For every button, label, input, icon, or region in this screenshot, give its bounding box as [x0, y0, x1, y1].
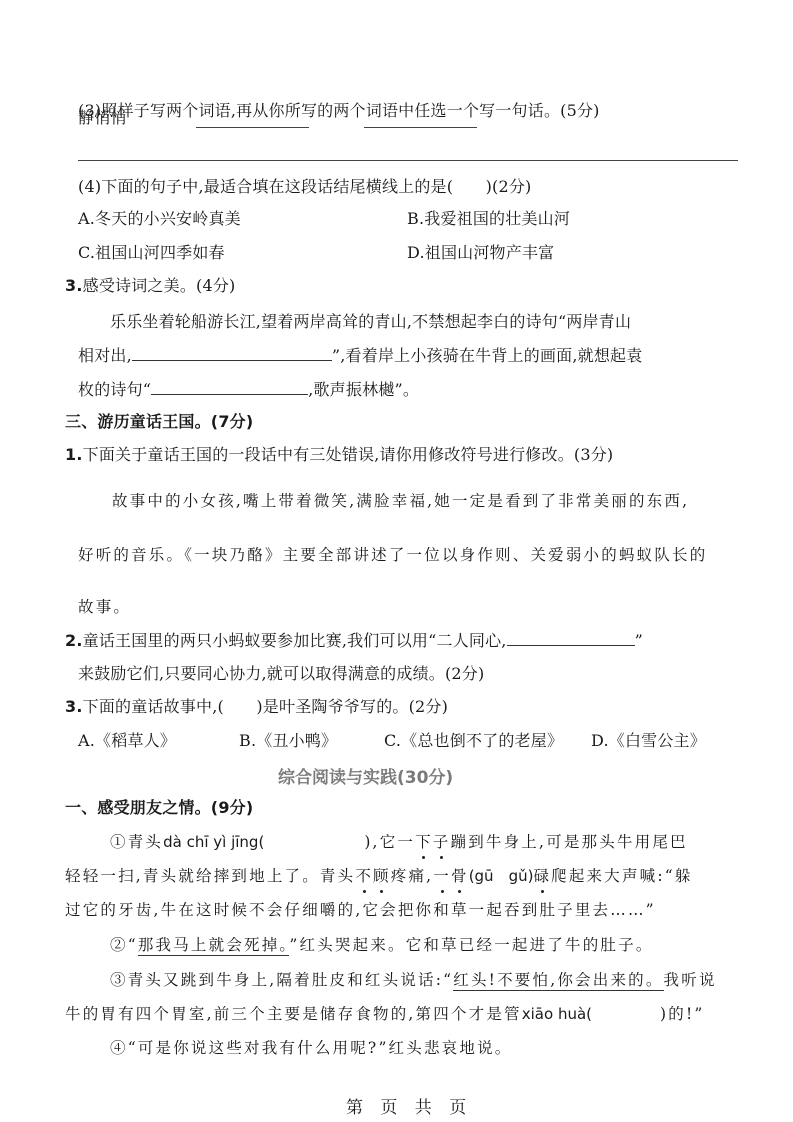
paragraph-4: ④“可是你说这些对我有什么用呢?”红头悲哀地说。 [110, 1038, 512, 1058]
text: ”,看着岸上小孩骑在牛背上的画面,就想起袁 [332, 346, 643, 365]
dotted-emphasis: 不顾 [355, 867, 390, 885]
text: 它一 [380, 833, 415, 851]
text: “ [128, 936, 138, 954]
text: ” [635, 631, 643, 650]
section-3-question-2-line-1: 2.童话王国里的两只小蚂蚁要参加比赛,我们可以用“二人同心,” [65, 631, 643, 651]
text: 相对出, [78, 346, 132, 365]
question-number: 3. [65, 697, 83, 716]
underlined-sentence-1: 那我马上就会死掉。 [138, 936, 290, 956]
story-passage-line-3: 故事。 [78, 597, 131, 617]
option-b[interactable]: B.我爱祖国的壮美山河 [407, 209, 570, 229]
poem-passage-line-1: 乐乐坐着轮船游长江,望着两岸高耸的青山,不禁想起李白的诗句“两岸青山 [110, 312, 631, 332]
question-number: 1. [65, 445, 83, 464]
circled-number-1: ① [110, 833, 128, 851]
text: ), [364, 833, 379, 851]
answer-blank-word-1[interactable] [196, 127, 309, 128]
text: 疼痛, [391, 867, 434, 885]
reading-section-title: 综合阅读与实践(30分) [278, 763, 453, 788]
question-3-heading: 3.感受诗词之美。(4分) [65, 276, 236, 296]
question-2-3-prompt: (3)照样子写两个词语,再从你所写的两个词语中任选一个写一句话。(5分) [78, 101, 600, 121]
story-option-b[interactable]: B.《丑小鸭》 [239, 731, 337, 751]
pinyin-choice[interactable]: (gū gǔ) [469, 867, 534, 885]
section-3-question-2-line-2: 来鼓励它们,只要同心协力,就可以取得满意的成绩。(2分) [78, 664, 484, 684]
text: 牛的胃有四个胃室,前三个主要是储存食物的,第四个才是管 [65, 1005, 522, 1023]
poem-answer-blank-2[interactable] [151, 380, 308, 395]
pinyin-prompt: xiāo huà( [522, 1005, 592, 1023]
text: 轻轻一扫,青头就给摔到地上了。青头 [65, 867, 355, 885]
answer-line-sentence[interactable] [78, 160, 738, 161]
story-passage-line-2: 好听的音乐。《一块乃酪》主要全部讲述了一位以身作则、关爱弱小的蚂蚁队长的 [78, 545, 707, 565]
question-title: 感受诗词之美。(4分) [83, 276, 236, 295]
circled-number-3: ③ [110, 971, 128, 989]
text: 我听说 [664, 971, 717, 989]
dotted-emphasis: 一骨 [433, 867, 468, 885]
text: 爬起来大声喊:“躲 [551, 867, 692, 885]
paragraph-1-line-1: ①青头dà chī yì jīng(),它一下子蹦到牛身上,可是那头牛用尾巴 [110, 832, 688, 852]
poem-answer-blank-1[interactable] [132, 346, 332, 361]
text: 青头又跳到牛身上,隔着肚皮和红头说话:“ [128, 971, 454, 989]
story-option-a[interactable]: A.《稻草人》 [78, 731, 176, 751]
text: ,歌声振林樾”。 [308, 380, 419, 399]
text: ”红头哭起来。它和草已经一起进了牛的肚子。 [289, 936, 653, 954]
text: 蹦到牛身上,可是那头牛用尾巴 [451, 833, 688, 851]
paragraph-2: ②“那我马上就会死掉。”红头哭起来。它和草已经一起进了牛的肚子。 [110, 935, 654, 955]
poem-passage-line-3: 枚的诗句“,歌声振林樾”。 [78, 380, 419, 400]
paragraph-3-line-1: ③青头又跳到牛身上,隔着肚皮和红头说话:“红头!不要怕,你会出来的。我听说 [110, 970, 717, 990]
paragraph-3-line-2: 牛的胃有四个胃室,前三个主要是储存食物的,第四个才是管xiāo huà()的!” [65, 1004, 705, 1024]
example-word: 静悄悄 [78, 108, 127, 128]
idiom-answer-blank[interactable] [507, 631, 635, 646]
section-3-question-3: 3.下面的童话故事中,( )是叶圣陶爷爷写的。(2分) [65, 697, 448, 717]
story-option-d[interactable]: D.《白雪公主》 [591, 731, 706, 751]
page-footer: 第 页 共 页 [346, 1093, 472, 1118]
story-option-c[interactable]: C.《总也倒不了的老屋》 [384, 731, 563, 751]
question-number: 3. [65, 276, 83, 295]
pinyin-prompt: dà chī yì jīng( [163, 833, 264, 851]
circled-number-2: ② [110, 936, 128, 954]
option-a[interactable]: A.冬天的小兴安岭真美 [78, 209, 241, 229]
underlined-sentence-2: 红头!不要怕,你会出来的。 [453, 971, 663, 991]
question-number: 2. [65, 631, 83, 650]
question-prompt: 下面关于童话王国的一段话中有三处错误,请你用修改符号进行修改。(3分) [83, 445, 614, 464]
story-passage-line-1: 故事中的小女孩,嘴上带着微笑,满脸幸福,她一定是看到了非常美丽的东西, [112, 491, 689, 511]
text: 青头 [128, 833, 163, 851]
dotted-emphasis: 碌 [533, 867, 551, 885]
text: 枚的诗句“ [78, 380, 151, 399]
answer-blank-word-2[interactable] [364, 127, 477, 128]
dotted-emphasis: 下子 [415, 833, 450, 851]
poem-passage-line-2: 相对出,”,看着岸上小孩骑在牛背上的画面,就想起袁 [78, 346, 642, 366]
text: 童话王国里的两只小蚂蚁要参加比赛,我们可以用“二人同心, [83, 631, 507, 650]
paragraph-1-line-2: 轻轻一扫,青头就给摔到地上了。青头不顾疼痛,一骨(gū gǔ)碌爬起来大声喊:“… [65, 866, 693, 886]
section-3-question-1: 1.下面关于童话王国的一段话中有三处错误,请你用修改符号进行修改。(3分) [65, 445, 613, 465]
paragraph-1-line-3: 过它的牙齿,牛在这时候不会仔细嚼的,它会把你和草一起吞到肚子里去……” [65, 900, 656, 920]
question-2-4-prompt: (4)下面的句子中,最适合填在这段话结尾横线上的是( )(2分) [78, 177, 532, 197]
text: “可是你说这些对我有什么用呢?”红头悲哀地说。 [128, 1039, 513, 1057]
section-3-title: 三、游历童话王国。(7分) [65, 412, 253, 432]
text: )的!” [660, 1005, 705, 1023]
option-c[interactable]: C.祖国山河四季如春 [78, 243, 225, 263]
question-prompt: 下面的童话故事中,( )是叶圣陶爷爷写的。(2分) [83, 697, 448, 716]
reading-section-1-title: 一、感受朋友之情。(9分) [65, 798, 253, 818]
option-d[interactable]: D.祖国山河物产丰富 [407, 243, 554, 263]
circled-number-4: ④ [110, 1039, 128, 1057]
